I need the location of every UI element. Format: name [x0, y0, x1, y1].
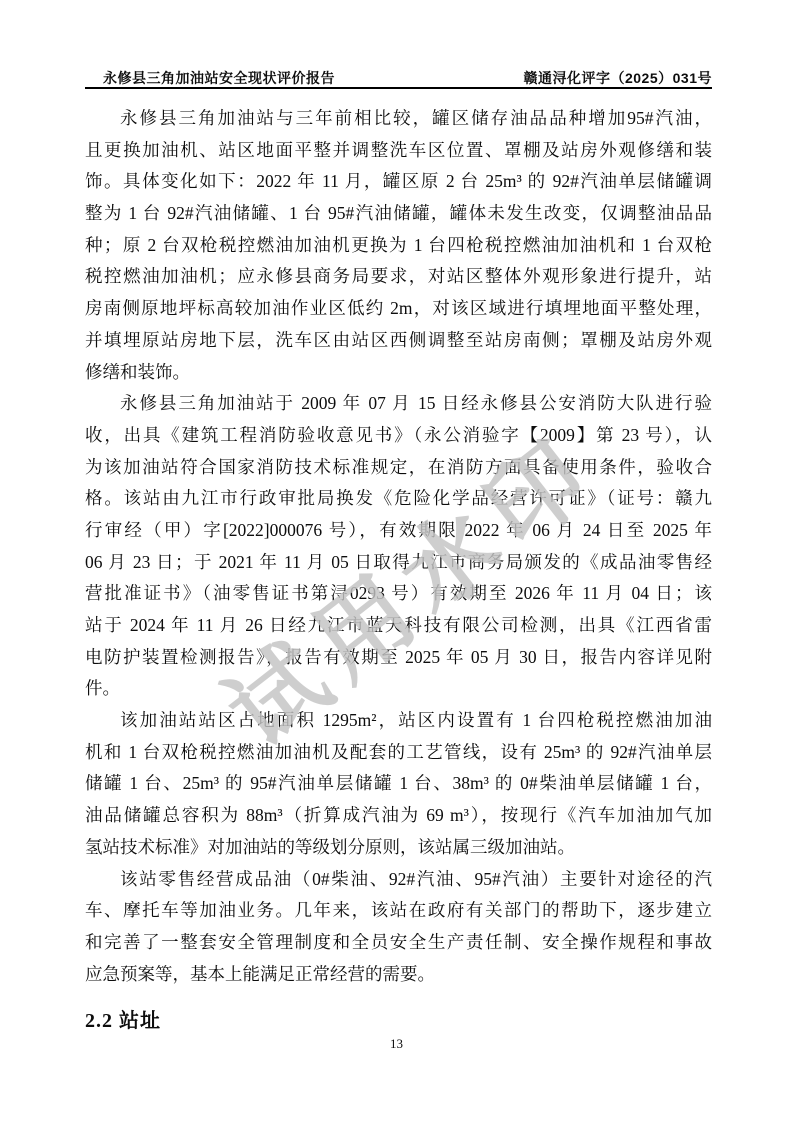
- text-line: 税控燃油加油机；应永修县商务局要求，对站区整体外观形象进行提升，站: [85, 261, 712, 293]
- text-line: 格。该站由九江市行政审批局换发《危险化学品经营许可证》（证号：赣九: [85, 483, 712, 515]
- section-heading: 2.2 站址: [85, 1004, 161, 1033]
- header-report-title: 永修县三角加油站安全现状评价报告: [103, 68, 335, 88]
- text-line: 电防护装置检测报告》，报告有效期至 2025 年 05 月 30 日，报告内容详…: [85, 642, 712, 674]
- text-line: 该加油站站区占地面积 1295m²，站区内设置有 1 台四枪税控燃油加油: [85, 705, 712, 737]
- text-line: 站于 2024 年 11 月 26 日经九江市蓝天科技有限公司检测，出具《江西省…: [85, 610, 712, 642]
- text-line: 种；原 2 台双枪税控燃油加油机更换为 1 台四枪税控燃油加油机和 1 台双枪: [85, 230, 712, 262]
- text-line: 营批准证书》（油零售证书第浔0293 号）有效期至 2026 年 11 月 04…: [85, 578, 712, 610]
- text-line: 修缮和装饰。: [85, 357, 712, 389]
- text-line: 储罐 1 台、25m³ 的 95#汽油单层储罐 1 台、38m³ 的 0#柴油单…: [85, 768, 712, 800]
- text-line: 和完善了一整套安全管理制度和全员安全生产责任制、安全操作规程和事故: [85, 927, 712, 959]
- text-line: 房南侧原地坪标高较加油作业区低约 2m，对该区域进行填埋地面平整处理，: [85, 293, 712, 325]
- paragraph: 永修县三角加油站于 2009 年 07 月 15 日经永修县公安消防大队进行验收…: [85, 388, 712, 705]
- text-line: 且更换加油机、站区地面平整并调整洗车区位置、罩棚及站房外观修缮和装: [85, 135, 712, 167]
- text-line: 永修县三角加油站于 2009 年 07 月 15 日经永修县公安消防大队进行验: [85, 388, 712, 420]
- paragraph: 该加油站站区占地面积 1295m²，站区内设置有 1 台四枪税控燃油加油机和 1…: [85, 705, 712, 863]
- header-doc-number: 赣通浔化评字（2025）031号: [523, 68, 712, 88]
- text-line: 为该加油站符合国家消防技术标准规定，在消防方面具备使用条件，验收合: [85, 452, 712, 484]
- text-line: 氢站技术标准》对加油站的等级划分原则，该站属三级加油站。: [85, 832, 712, 864]
- text-line: 车、摩托车等加油业务。几年来，该站在政府有关部门的帮助下，逐步建立: [85, 895, 712, 927]
- text-line: 06 月 23 日；于 2021 年 11 月 05 日取得九江市商务局颁发的《…: [85, 547, 712, 579]
- header-divider: [85, 87, 712, 89]
- text-line: 并填埋原站房地下层，洗车区由站区西侧调整至站房南侧；罩棚及站房外观: [85, 325, 712, 357]
- paragraph: 永修县三角加油站与三年前相比较，罐区储存油品品种增加95#汽油，且更换加油机、站…: [85, 103, 712, 388]
- paragraph: 该站零售经营成品油（0#柴油、92#汽油、95#汽油）主要针对途径的汽车、摩托车…: [85, 864, 712, 991]
- text-line: 饰。具体变化如下：2022 年 11 月，罐区原 2 台 25m³ 的 92#汽…: [85, 166, 712, 198]
- text-line: 机和 1 台双枪税控燃油加油机及配套的工艺管线，设有 25m³ 的 92#汽油单…: [85, 737, 712, 769]
- text-line: 整为 1 台 92#汽油储罐、1 台 95#汽油储罐，罐体未发生改变，仅调整油品…: [85, 198, 712, 230]
- text-line: 油品储罐总容积为 88m³（折算成汽油为 69 m³），按现行《汽车加油加气加: [85, 800, 712, 832]
- report-page: 永修县三角加油站安全现状评价报告 赣通浔化评字（2025）031号 永修县三角加…: [0, 0, 793, 1122]
- text-line: 该站零售经营成品油（0#柴油、92#汽油、95#汽油）主要针对途径的汽: [85, 864, 712, 896]
- text-line: 件。: [85, 673, 712, 705]
- report-body: 永修县三角加油站与三年前相比较，罐区储存油品品种增加95#汽油，且更换加油机、站…: [85, 103, 712, 990]
- text-line: 行审经（甲）字[2022]000076 号），有效期限 2022 年 06 月 …: [85, 515, 712, 547]
- text-line: 收，出具《建筑工程消防验收意见书》（永公消验字【2009】第 23 号），认: [85, 420, 712, 452]
- text-line: 永修县三角加油站与三年前相比较，罐区储存油品品种增加95#汽油，: [85, 103, 712, 135]
- text-line: 应急预案等，基本上能满足正常经营的需要。: [85, 959, 712, 991]
- page-number: 13: [0, 1036, 793, 1052]
